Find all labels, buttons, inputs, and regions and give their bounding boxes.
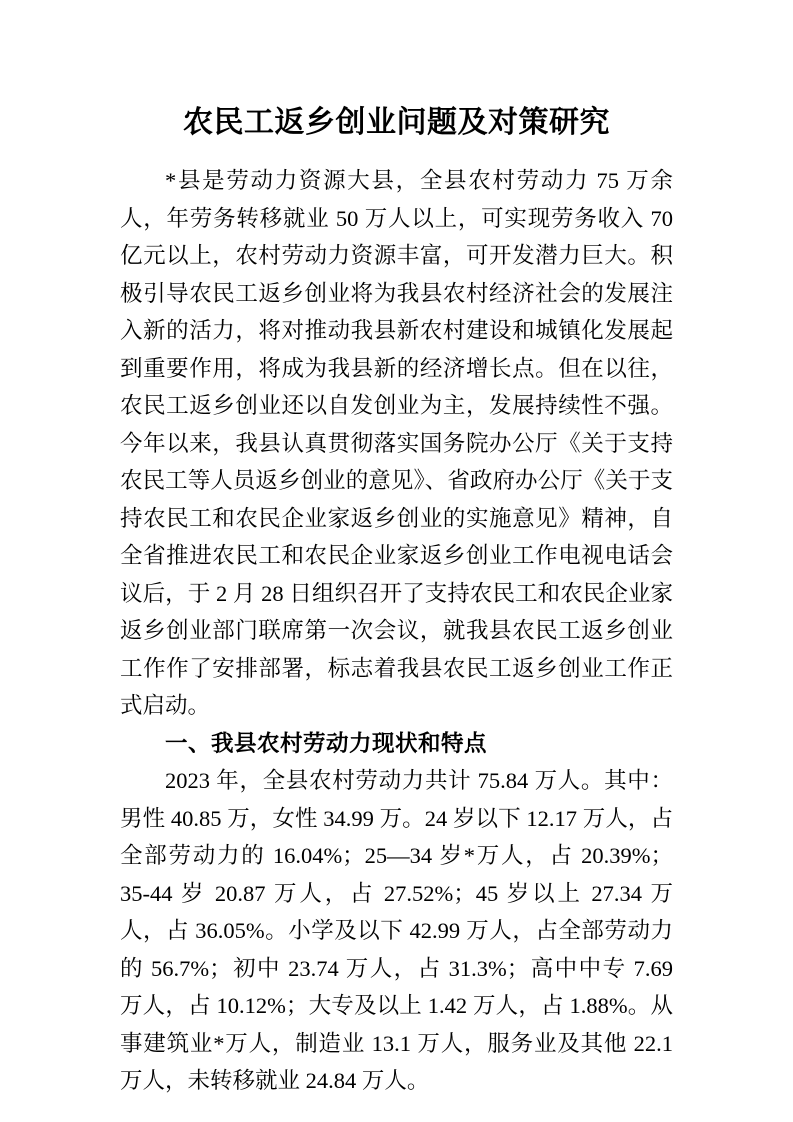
labor-stats-paragraph: 2023 年，全县农村劳动力共计 75.84 万人。其中：男性 40.85 万，… bbox=[120, 762, 673, 1100]
intro-paragraph: *县是劳动力资源大县，全县农村劳动力 75 万余人，年劳务转移就业 50 万人以… bbox=[120, 162, 673, 725]
section-heading: 一、我县农村劳动力现状和特点 bbox=[120, 725, 673, 763]
document-page: 农民工返乡创业问题及对策研究 *县是劳动力资源大县，全县农村劳动力 75 万余人… bbox=[0, 0, 793, 1122]
document-title: 农民工返乡创业问题及对策研究 bbox=[120, 100, 673, 145]
